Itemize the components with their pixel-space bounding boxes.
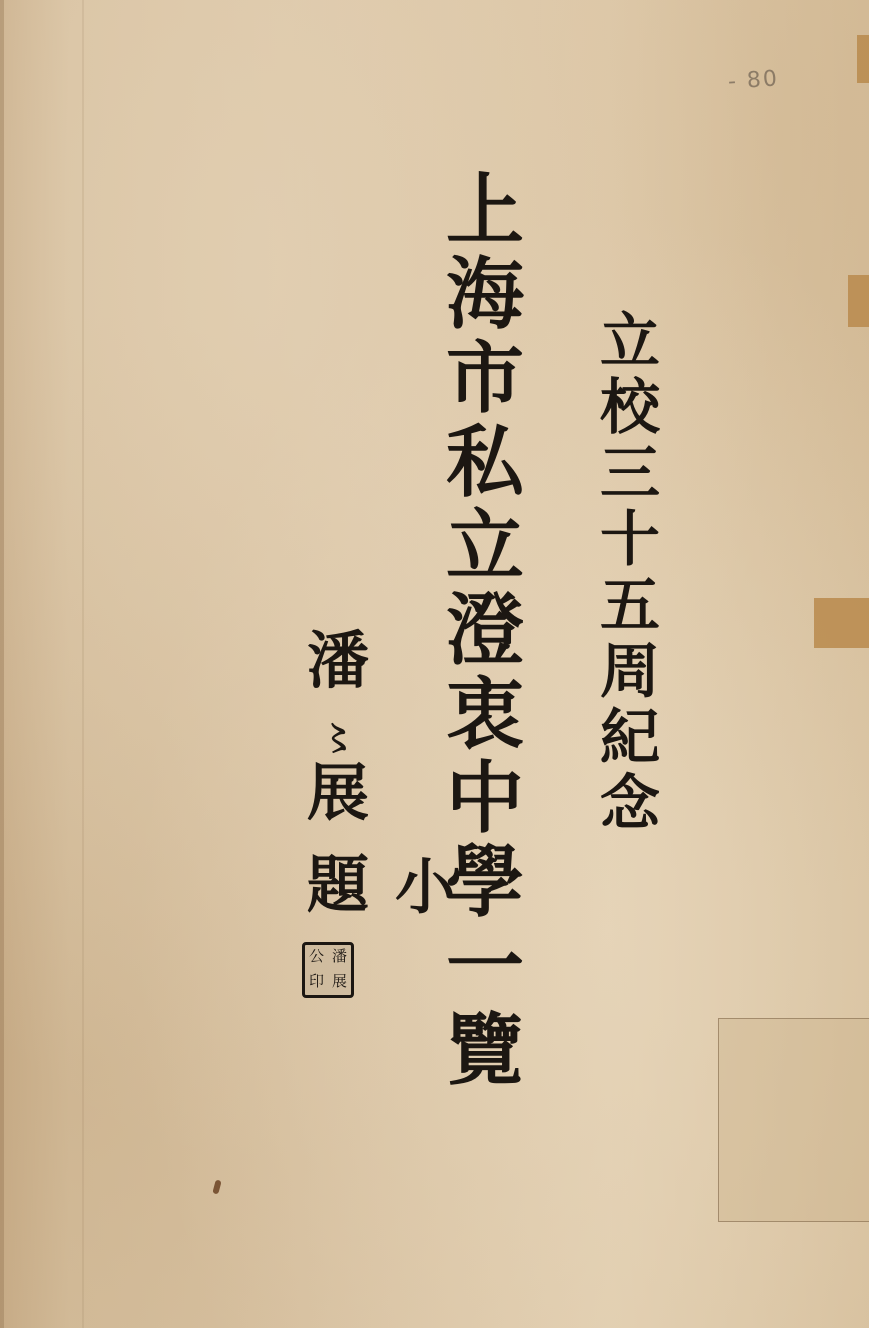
title-char: 衷	[446, 676, 524, 760]
title-char: 中	[446, 760, 524, 844]
title-char: 上	[446, 172, 524, 256]
book-cover-page: - 80 上 海 市 私 立 澄 衷 中 學 一 覽 小 立 校 三 十 五 周…	[0, 0, 869, 1328]
library-label-box	[718, 1018, 869, 1222]
title-char: 一	[446, 928, 524, 1012]
title-inline-small-char: 小	[395, 840, 455, 926]
title-char: 私	[446, 424, 524, 508]
seal-char: 潘	[328, 945, 351, 970]
tape-remnant	[848, 275, 869, 327]
title-char: 澄	[446, 592, 524, 676]
seal-char: 展	[328, 970, 351, 995]
tape-remnant	[857, 35, 869, 83]
title-char: 海	[446, 256, 524, 340]
subtitle-char: 紀	[600, 708, 660, 774]
signature-char: 展	[307, 762, 369, 854]
signature-char: 潘	[307, 630, 369, 722]
title-char: 立	[446, 508, 524, 592]
title-char: 學	[446, 844, 524, 928]
signature-column: 潘 〻 展 題	[293, 630, 383, 946]
signature-char: 題	[307, 854, 369, 946]
seal-char: 公	[305, 945, 328, 970]
subtitle-char: 三	[600, 444, 660, 510]
seal-stamp-icon: 公 潘 印 展	[302, 942, 354, 998]
fold-line	[82, 0, 84, 1328]
subtitle-char: 周	[600, 642, 660, 708]
title-column: 上 海 市 私 立 澄 衷 中 學 一 覽	[425, 172, 545, 1096]
tape-remnant	[814, 598, 869, 648]
subtitle-char: 十	[600, 510, 660, 576]
page-edge	[0, 0, 4, 1328]
ink-spot	[212, 1179, 221, 1194]
seal-char: 印	[305, 970, 328, 995]
subtitle-char: 念	[600, 774, 660, 840]
subtitle-char: 校	[600, 378, 660, 444]
subtitle-char: 立	[600, 312, 660, 378]
subtitle-char: 五	[600, 576, 660, 642]
title-char: 市	[446, 340, 524, 424]
title-char: 覽	[446, 1012, 524, 1096]
subtitle-column: 立 校 三 十 五 周 紀 念	[590, 312, 670, 840]
pencil-catalog-note: - 80	[727, 66, 780, 94]
